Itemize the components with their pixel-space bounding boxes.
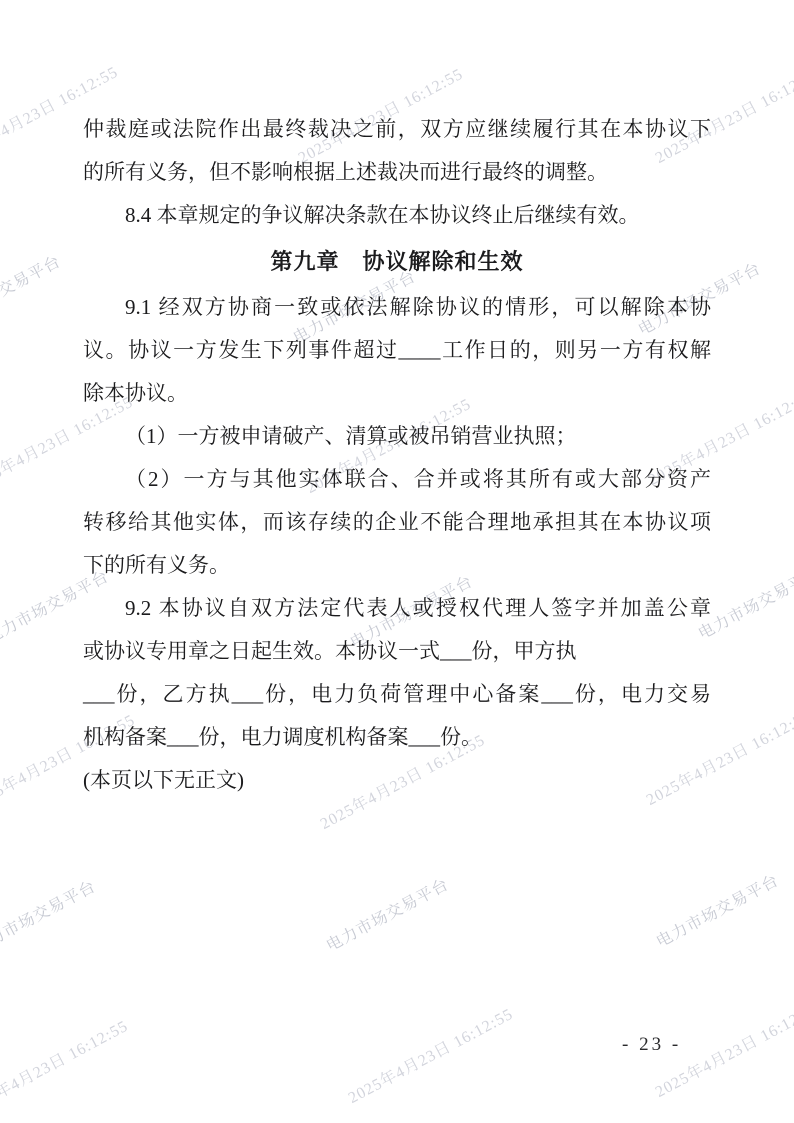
body-line: 议。协议一方发生下列事件超过____工作日的，则另一方有权解 (83, 329, 711, 372)
watermark-platform-text: 电力市场交易平台 (324, 877, 452, 955)
body-line: 仲裁庭或法院作出最终裁决之前，双方应继续履行其在本协议下 (83, 108, 711, 151)
body-line: 下的所有义务。 (83, 544, 711, 587)
body-line: 机构备案___份，电力调度机构备案___份。 (83, 716, 711, 759)
document-page: 2025年4月23日 16:12:55 2025年4月23日 16:12:55 … (0, 0, 794, 1123)
watermark-platform-text: 电力市场交易平台 (0, 879, 99, 957)
document-body: 仲裁庭或法院作出最终裁决之前，双方应继续履行其在本协议下 的所有义务，但不影响根… (83, 108, 711, 802)
end-of-text-note: (本页以下无正文) (83, 759, 711, 802)
watermark-date-text: 2025年4月23日 16:12:55 (346, 1007, 516, 1107)
body-line: 转移给其他实体，而该存续的企业不能合理地承担其在本协议项 (83, 501, 711, 544)
body-line: ___份，乙方执___份，电力负荷管理中心备案___份，电力交易 (83, 673, 711, 716)
body-line: （2）一方与其他实体联合、合并或将其所有或大部分资产 (83, 458, 711, 501)
watermark-date-text: 2025年4月23日 16:12:55 (0, 0, 48, 45)
body-line: 9.1 经双方协商一致或依法解除协议的情形，可以解除本协 (83, 286, 711, 329)
body-line: 除本协议。 (83, 372, 711, 415)
body-line: 8.4 本章规定的争议解决条款在本协议终止后继续有效。 (83, 194, 711, 237)
watermark-platform-text: 电力市场交易平台 (0, 254, 64, 332)
chapter-heading: 第九章 协议解除和生效 (83, 240, 711, 283)
watermark-date-text: 2025年4月23日 16:12:55 (0, 1019, 131, 1119)
body-line: 或协议专用章之日起生效。本协议一式___份，甲方执 (83, 630, 711, 673)
body-line: 的所有义务，但不影响根据上述裁决而进行最终的调整。 (83, 151, 711, 194)
body-line: （1）一方被申请破产、清算或被吊销营业执照； (83, 415, 711, 458)
page-number: - 23 - (622, 1034, 681, 1056)
body-line: 9.2 本协议自双方法定代表人或授权代理人签字并加盖公章 (83, 587, 711, 630)
watermark-platform-text: 电力市场交易平台 (654, 873, 782, 951)
